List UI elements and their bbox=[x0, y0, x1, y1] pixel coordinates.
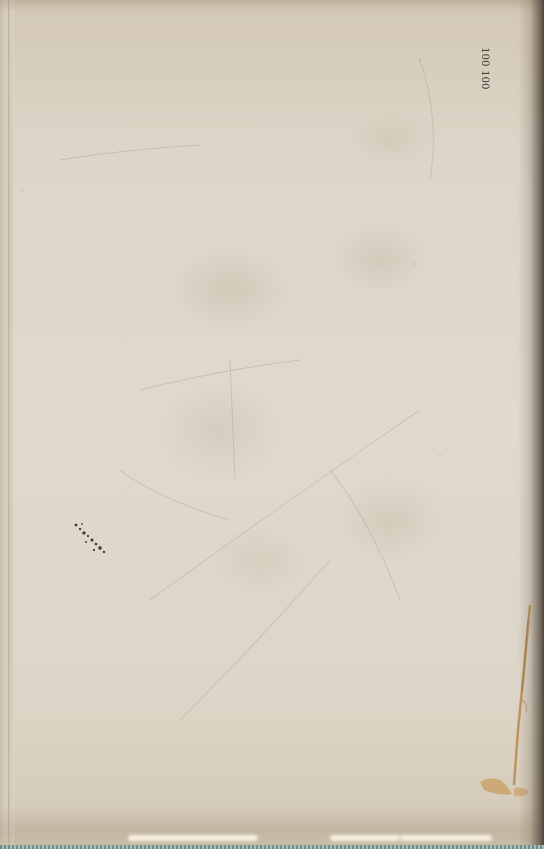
catalog-number-text: 100 100 bbox=[478, 47, 493, 90]
light-glare bbox=[128, 835, 258, 841]
surface-scratches bbox=[0, 0, 544, 849]
book-back-cover: 100 100 bbox=[0, 0, 544, 849]
scanner-edge-strip bbox=[0, 845, 544, 849]
catalog-number-label: 100 100 bbox=[470, 38, 500, 98]
light-glare bbox=[330, 835, 400, 841]
light-glare bbox=[400, 835, 492, 841]
right-edge-shadow bbox=[518, 0, 544, 849]
ink-scribble-mark bbox=[72, 520, 110, 560]
